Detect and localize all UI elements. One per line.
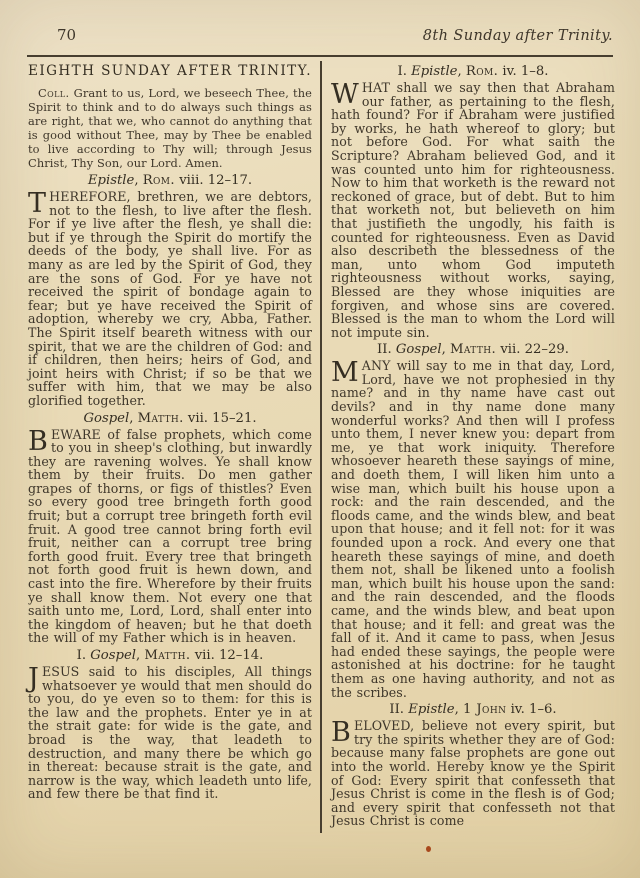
scripture-heading: Gospel, Matth. vii. 15–21. (28, 411, 312, 426)
heading-label: Gospel (83, 411, 129, 426)
heading-label: Epistle (411, 64, 457, 79)
collect-paragraph: Coll. Grant to us, Lord, we beseech Thee… (28, 86, 312, 170)
scripture-heading: II. Gospel, Matth. vii. 22–29. (331, 342, 615, 357)
heading-separator: , (134, 173, 142, 188)
heading-book: 1 John (463, 702, 506, 717)
heading-book: Matth. (138, 411, 184, 426)
right-column: I. Epistle, Rom. iv. 1–8. WHAT shall we … (331, 61, 615, 829)
scripture-paragraph: THEREFORE, brethren, we are debtors, not… (28, 190, 312, 408)
collect-label: Coll. (38, 86, 70, 100)
scripture-heading: II. Epistle, 1 John iv. 1–6. (331, 702, 615, 717)
scripture-paragraph: MANY will say to me in that day, Lord, L… (331, 359, 615, 699)
heading-book: Matth. (450, 342, 496, 357)
heading-label: Epistle (408, 702, 454, 717)
heading-reference: iv. 1–8. (502, 64, 548, 79)
heading-reference: viii. 12–17. (179, 173, 252, 188)
heading-label: Epistle (88, 173, 134, 188)
ink-spot (426, 846, 431, 852)
paragraph-text: ESUS said to his disciples, All things w… (28, 664, 312, 801)
drop-cap: J (28, 665, 42, 691)
heading-separator: , (455, 702, 463, 717)
collect-text: Grant to us, Lord, we beseech Thee, the … (28, 86, 312, 170)
heading-separator: , (442, 342, 450, 357)
drop-cap: W (331, 81, 362, 107)
heading-book: Rom. (466, 64, 498, 79)
scripture-heading: I. Epistle, Rom. iv. 1–8. (331, 64, 615, 79)
running-header: 8th Sunday after Trinity. (423, 28, 613, 44)
left-column: EIGHTH SUNDAY AFTER TRINITY. Coll. Grant… (28, 61, 312, 802)
page-number: 70 (57, 26, 76, 44)
paragraph-text: ANY will say to me in that day, Lord, Lo… (331, 358, 615, 699)
heading-label: Gospel (396, 342, 442, 357)
heading-reference: vii. 15–21. (188, 411, 257, 426)
drop-cap: T (28, 190, 49, 216)
scripture-paragraph: JESUS said to his disciples, All things … (28, 665, 312, 801)
heading-numeral: I. (77, 648, 86, 663)
book-page: 70 8th Sunday after Trinity. EIGHTH SUND… (0, 0, 640, 878)
scripture-heading: I. Gospel, Matth. vii. 12–14. (28, 648, 312, 663)
heading-numeral: II. (389, 702, 404, 717)
scripture-paragraph: BEWARE of false prophets, which come to … (28, 428, 312, 646)
paragraph-text: ELOVED, believe not every spirit, but tr… (331, 718, 615, 828)
drop-cap: B (331, 719, 354, 745)
header-rule (27, 55, 613, 57)
paragraph-text: EWARE of false prophets, which come to y… (28, 427, 312, 646)
heading-reference: iv. 1–6. (511, 702, 557, 717)
heading-separator: , (129, 411, 137, 426)
heading-label: Gospel (90, 648, 136, 663)
drop-cap: B (28, 428, 51, 454)
heading-book: Rom. (143, 173, 175, 188)
column-divider (320, 61, 322, 833)
heading-reference: vii. 12–14. (195, 648, 264, 663)
scripture-paragraph: WHAT shall we say then that Abraham our … (331, 81, 615, 339)
paragraph-text: HAT shall we say then that Abraham our f… (331, 80, 615, 340)
drop-cap: M (331, 359, 362, 385)
scripture-paragraph: BELOVED, believe not every spirit, but t… (331, 719, 615, 828)
paragraph-text: HEREFORE, brethren, we are debtors, not … (28, 189, 312, 408)
heading-numeral: I. (398, 64, 407, 79)
heading-numeral: II. (377, 342, 392, 357)
heading-separator: , (458, 64, 466, 79)
heading-book: Matth. (144, 648, 190, 663)
page-title: EIGHTH SUNDAY AFTER TRINITY. (28, 63, 312, 79)
scripture-heading: Epistle, Rom. viii. 12–17. (28, 173, 312, 188)
heading-reference: vii. 22–29. (500, 342, 569, 357)
